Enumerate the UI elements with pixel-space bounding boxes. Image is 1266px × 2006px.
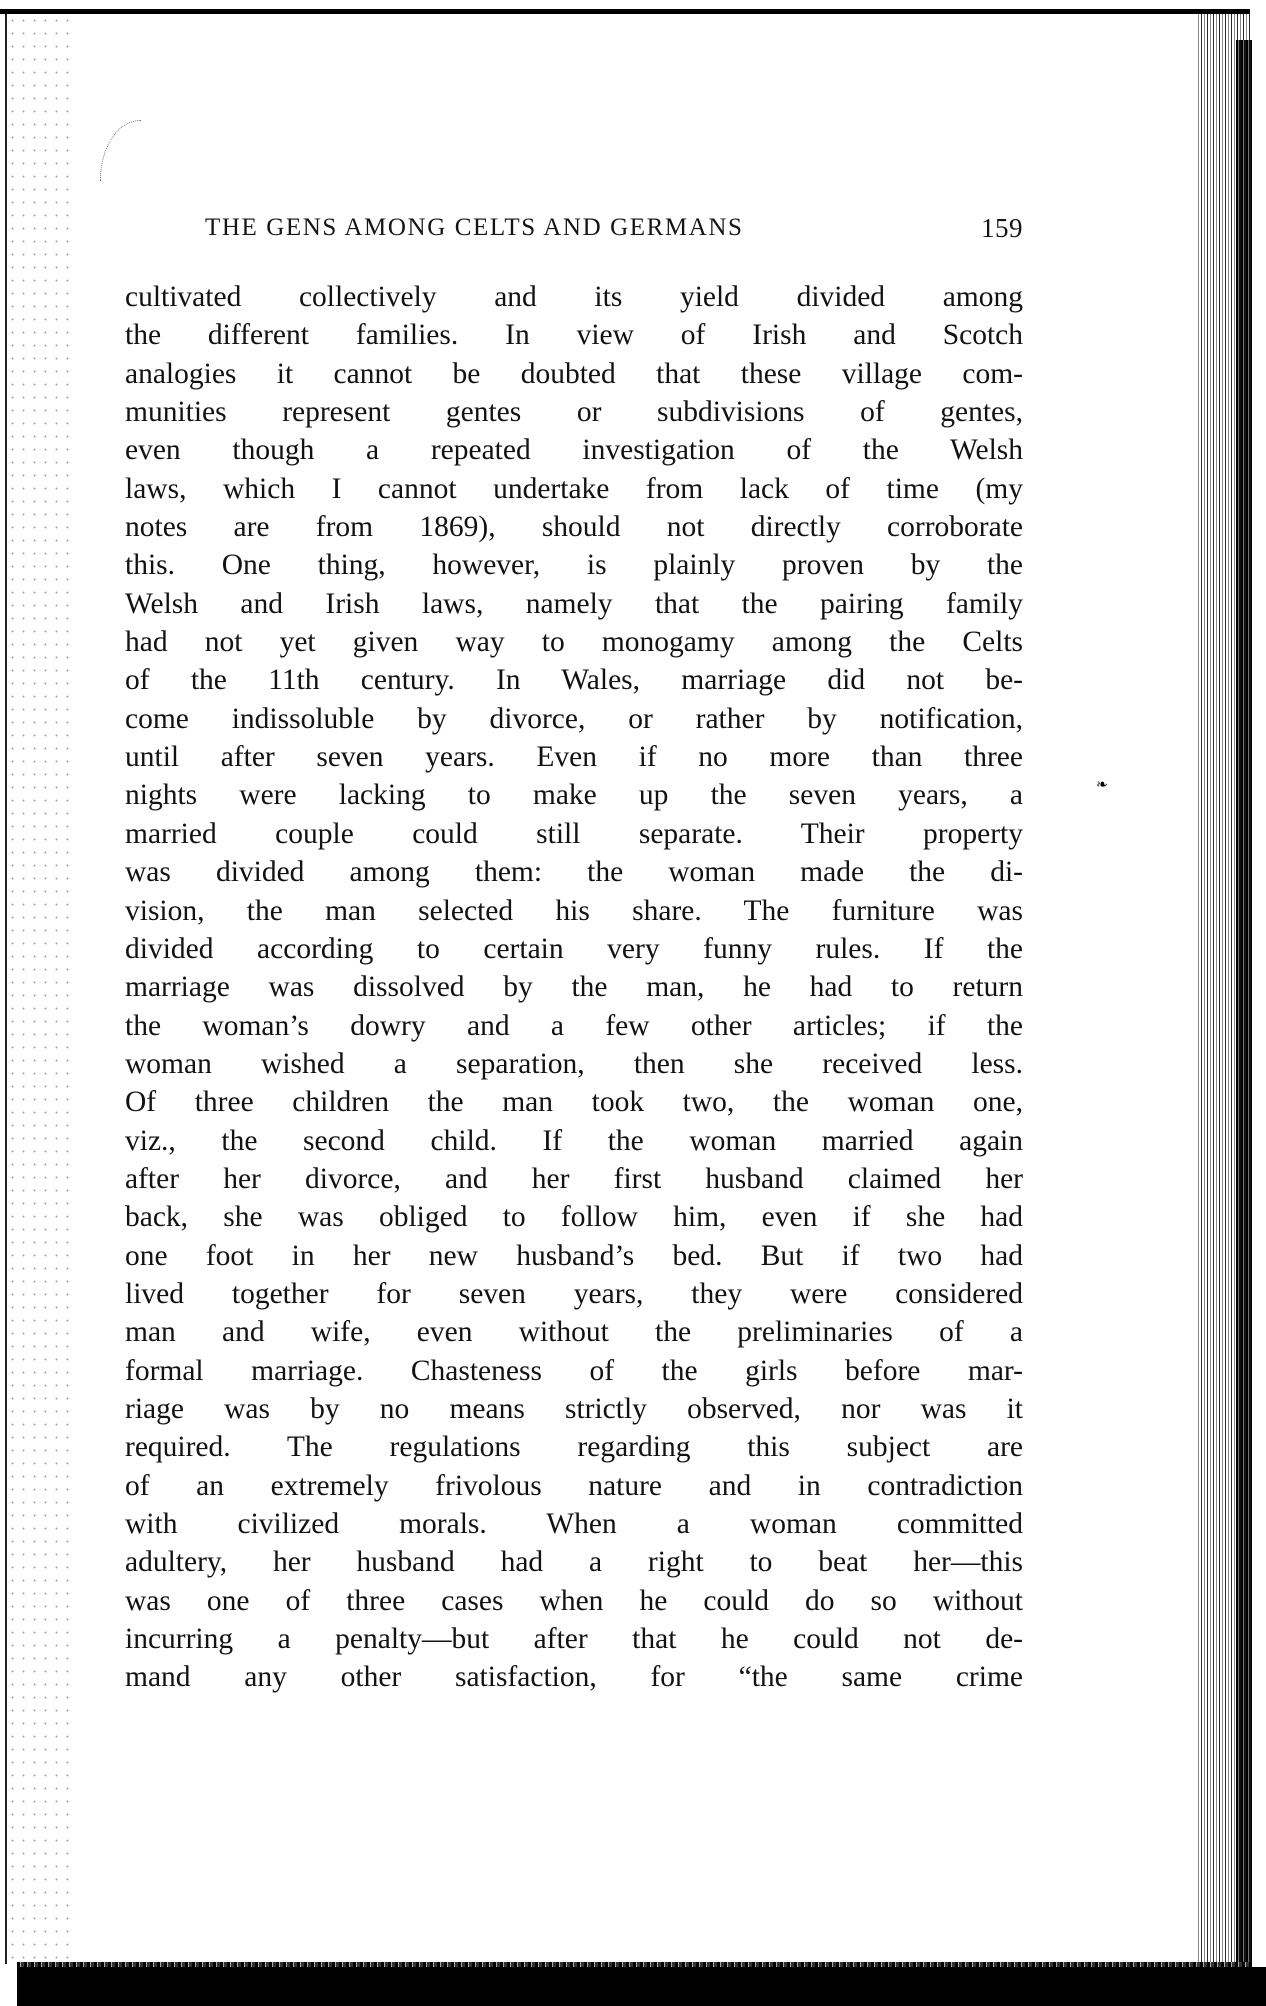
text-line: divided according to certain very funny … xyxy=(125,930,1023,968)
text-line: man and wife, even without the prelimina… xyxy=(125,1313,1023,1351)
chapter-title: THE GENS AMONG CELTS AND GERMANS xyxy=(205,214,744,242)
text-line: with civilized morals. When a woman comm… xyxy=(125,1505,1023,1543)
text-line: until after seven years. Even if no more… xyxy=(125,738,1023,776)
text-line: was divided among them: the woman made t… xyxy=(125,853,1023,891)
scan-right-dark-edge xyxy=(1236,40,1252,1967)
text-line: marriage was dissolved by the man, he ha… xyxy=(125,968,1023,1006)
running-header: THE GENS AMONG CELTS AND GERMANS 159 xyxy=(205,212,1023,244)
text-line: after her divorce, and her first husband… xyxy=(125,1160,1023,1198)
text-line: woman wished a separation, then she rece… xyxy=(125,1045,1023,1083)
text-line: cultivated collectively and its yield di… xyxy=(125,278,1023,316)
text-line: formal marriage. Chasteness of the girls… xyxy=(125,1352,1023,1390)
text-line: nights were lacking to make up the seven… xyxy=(125,776,1023,814)
text-line: adultery, her husband had a right to bea… xyxy=(125,1543,1023,1581)
text-line: notes are from 1869), should not directl… xyxy=(125,508,1023,546)
margin-pencil-arc xyxy=(100,120,141,181)
text-line: vision, the man selected his share. The … xyxy=(125,892,1023,930)
page-number: 159 xyxy=(981,213,1023,244)
text-line: of the 11th century. In Wales, marriage … xyxy=(125,661,1023,699)
scan-top-edge xyxy=(0,9,1250,14)
text-line: back, she was obliged to follow him, eve… xyxy=(125,1198,1023,1236)
text-line: viz., the second child. If the woman mar… xyxy=(125,1122,1023,1160)
text-line: analogies it cannot be doubted that thes… xyxy=(125,355,1023,393)
text-line: mand any other satisfaction, for “the sa… xyxy=(125,1658,1023,1696)
scan-left-edge xyxy=(5,14,7,1964)
text-line: this. One thing, however, is plainly pro… xyxy=(125,546,1023,584)
text-line: was one of three cases when he could do … xyxy=(125,1582,1023,1620)
body-text: cultivated collectively and its yield di… xyxy=(125,278,1023,1697)
text-line: the woman’s dowry and a few other articl… xyxy=(125,1007,1023,1045)
text-line: come indissoluble by divorce, or rather … xyxy=(125,700,1023,738)
scan-left-stipple xyxy=(7,14,77,1967)
text-line: lived together for seven years, they wer… xyxy=(125,1275,1023,1313)
stray-mark-icon: ❧ xyxy=(1096,778,1108,792)
text-line: Welsh and Irish laws, namely that the pa… xyxy=(125,585,1023,623)
text-line: laws, which I cannot undertake from lack… xyxy=(125,470,1023,508)
text-line: munities represent gentes or subdivision… xyxy=(125,393,1023,431)
text-line: riage was by no means strictly observed,… xyxy=(125,1390,1023,1428)
text-line: of an extremely frivolous nature and in … xyxy=(125,1467,1023,1505)
text-line: required. The regulations regarding this… xyxy=(125,1428,1023,1466)
text-line: had not yet given way to monogamy among … xyxy=(125,623,1023,661)
text-line: one foot in her new husband’s bed. But i… xyxy=(125,1237,1023,1275)
scan-bottom-edge xyxy=(17,1967,1266,2006)
text-line: the different families. In view of Irish… xyxy=(125,316,1023,354)
text-line: even though a repeated investigation of … xyxy=(125,431,1023,469)
text-line: married couple could still separate. The… xyxy=(125,815,1023,853)
text-line: incurring a penalty—but after that he co… xyxy=(125,1620,1023,1658)
text-line: Of three children the man took two, the … xyxy=(125,1083,1023,1121)
